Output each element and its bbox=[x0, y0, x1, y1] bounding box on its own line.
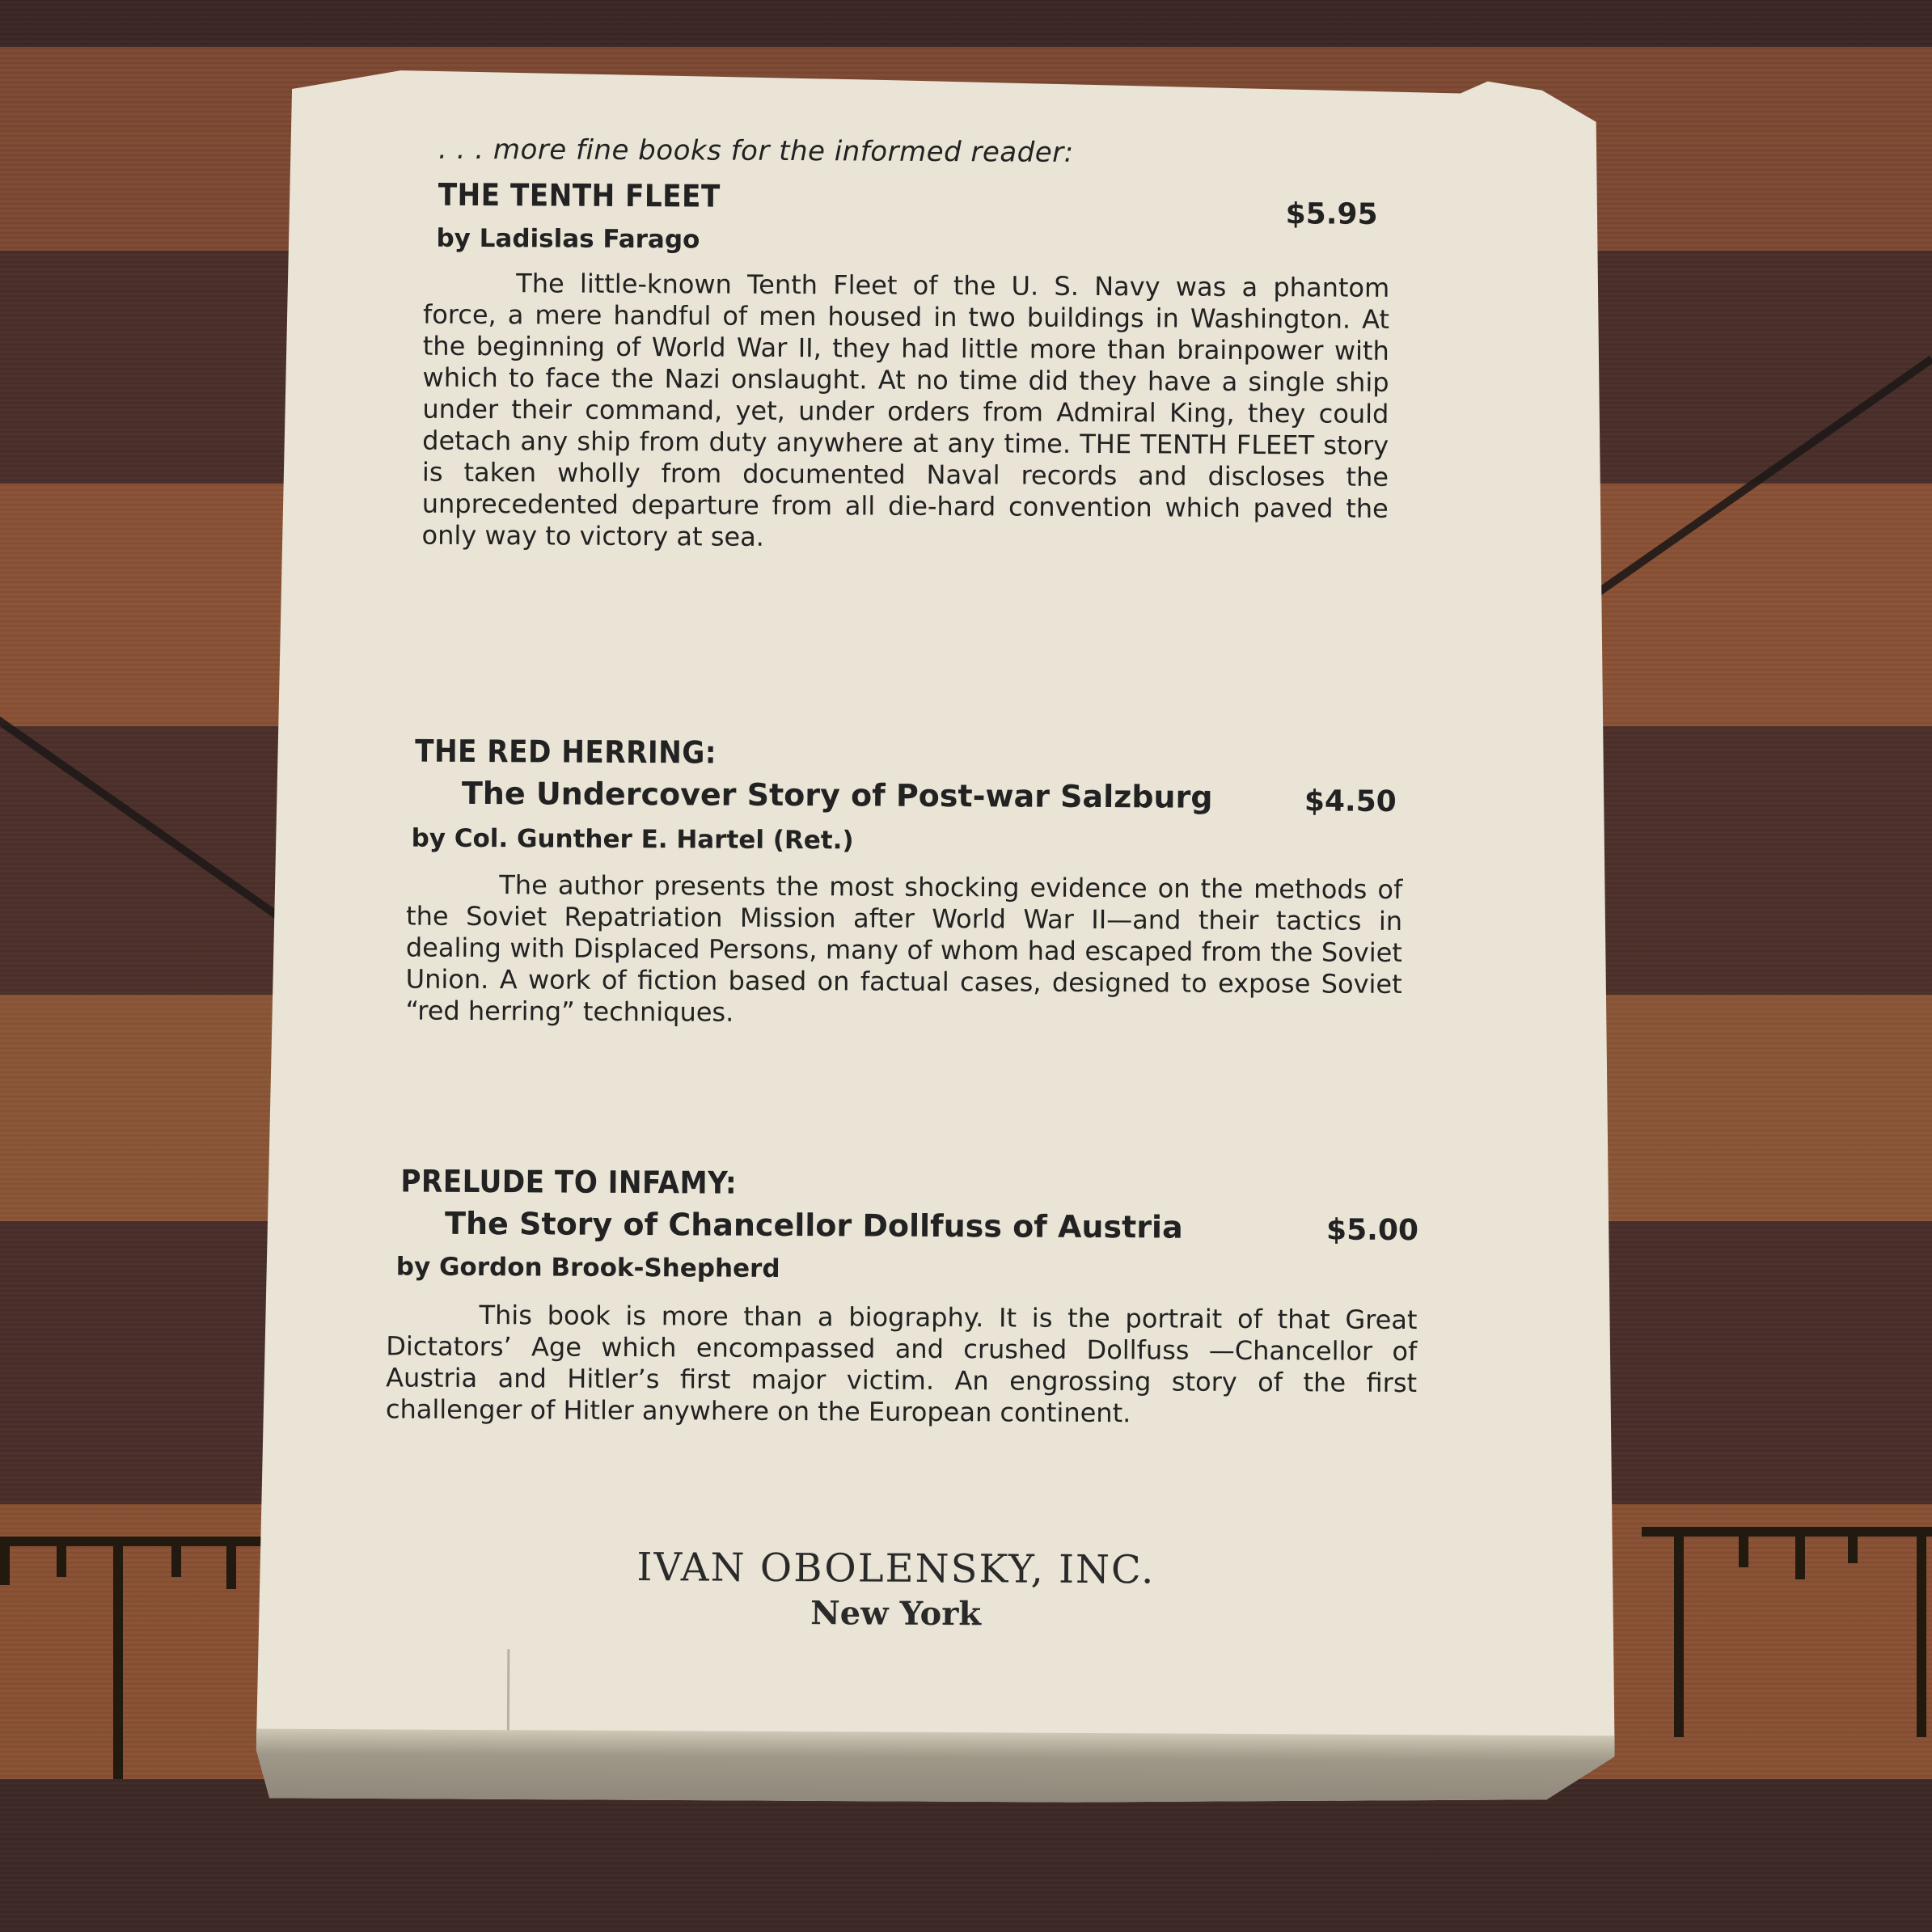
book-author: by Col. Gunther E. Hartel (Ret.) bbox=[412, 824, 854, 856]
book-title: THE RED HERRING: bbox=[415, 733, 717, 771]
book-price: $5.00 bbox=[1326, 1214, 1418, 1248]
book-blurb: This book is more than a biography. It i… bbox=[386, 1299, 1418, 1431]
jacket-content: . . . more fine books for the informed r… bbox=[256, 63, 1623, 1809]
book-subtitle: The Undercover Story of Post-war Salzbur… bbox=[462, 776, 1213, 815]
book-subtitle: The Story of Chancellor Dollfuss of Aust… bbox=[445, 1206, 1183, 1245]
publisher-city: New York bbox=[216, 1591, 1575, 1636]
ruler-marking-right bbox=[1642, 1527, 1932, 1537]
publisher-imprint: IVAN OBOLENSKY, INC. New York bbox=[256, 1543, 1616, 1637]
book-author: by Ladislas Farago bbox=[436, 224, 700, 255]
book-price: $4.50 bbox=[1304, 784, 1397, 818]
book-blurb: The little-known Tenth Fleet of the U. S… bbox=[421, 268, 1389, 556]
tagline: . . . more fine books for the informed r… bbox=[438, 133, 1074, 169]
jacket-tear bbox=[506, 1649, 509, 1803]
book-title: THE TENTH FLEET bbox=[438, 177, 721, 214]
book-author: by Gordon Brook-Shepherd bbox=[396, 1252, 780, 1283]
book-listing: THE TENTH FLEET $5.95 by Ladislas Farago… bbox=[264, 176, 1623, 184]
ruler-marking-left bbox=[0, 1537, 271, 1546]
book-blurb: The author presents the most shocking ev… bbox=[405, 869, 1402, 1032]
book-jacket-back-cover: . . . more fine books for the informed r… bbox=[256, 63, 1623, 1809]
book-price: $5.95 bbox=[1286, 197, 1378, 231]
book-listing: PRELUDE TO INFAMY: The Story of Chancell… bbox=[260, 1163, 1618, 1170]
book-listing: THE RED HERRING: The Undercover Story of… bbox=[261, 733, 1620, 740]
book-title: PRELUDE TO INFAMY: bbox=[400, 1164, 737, 1201]
publisher-name: IVAN OBOLENSKY, INC. bbox=[217, 1542, 1575, 1595]
